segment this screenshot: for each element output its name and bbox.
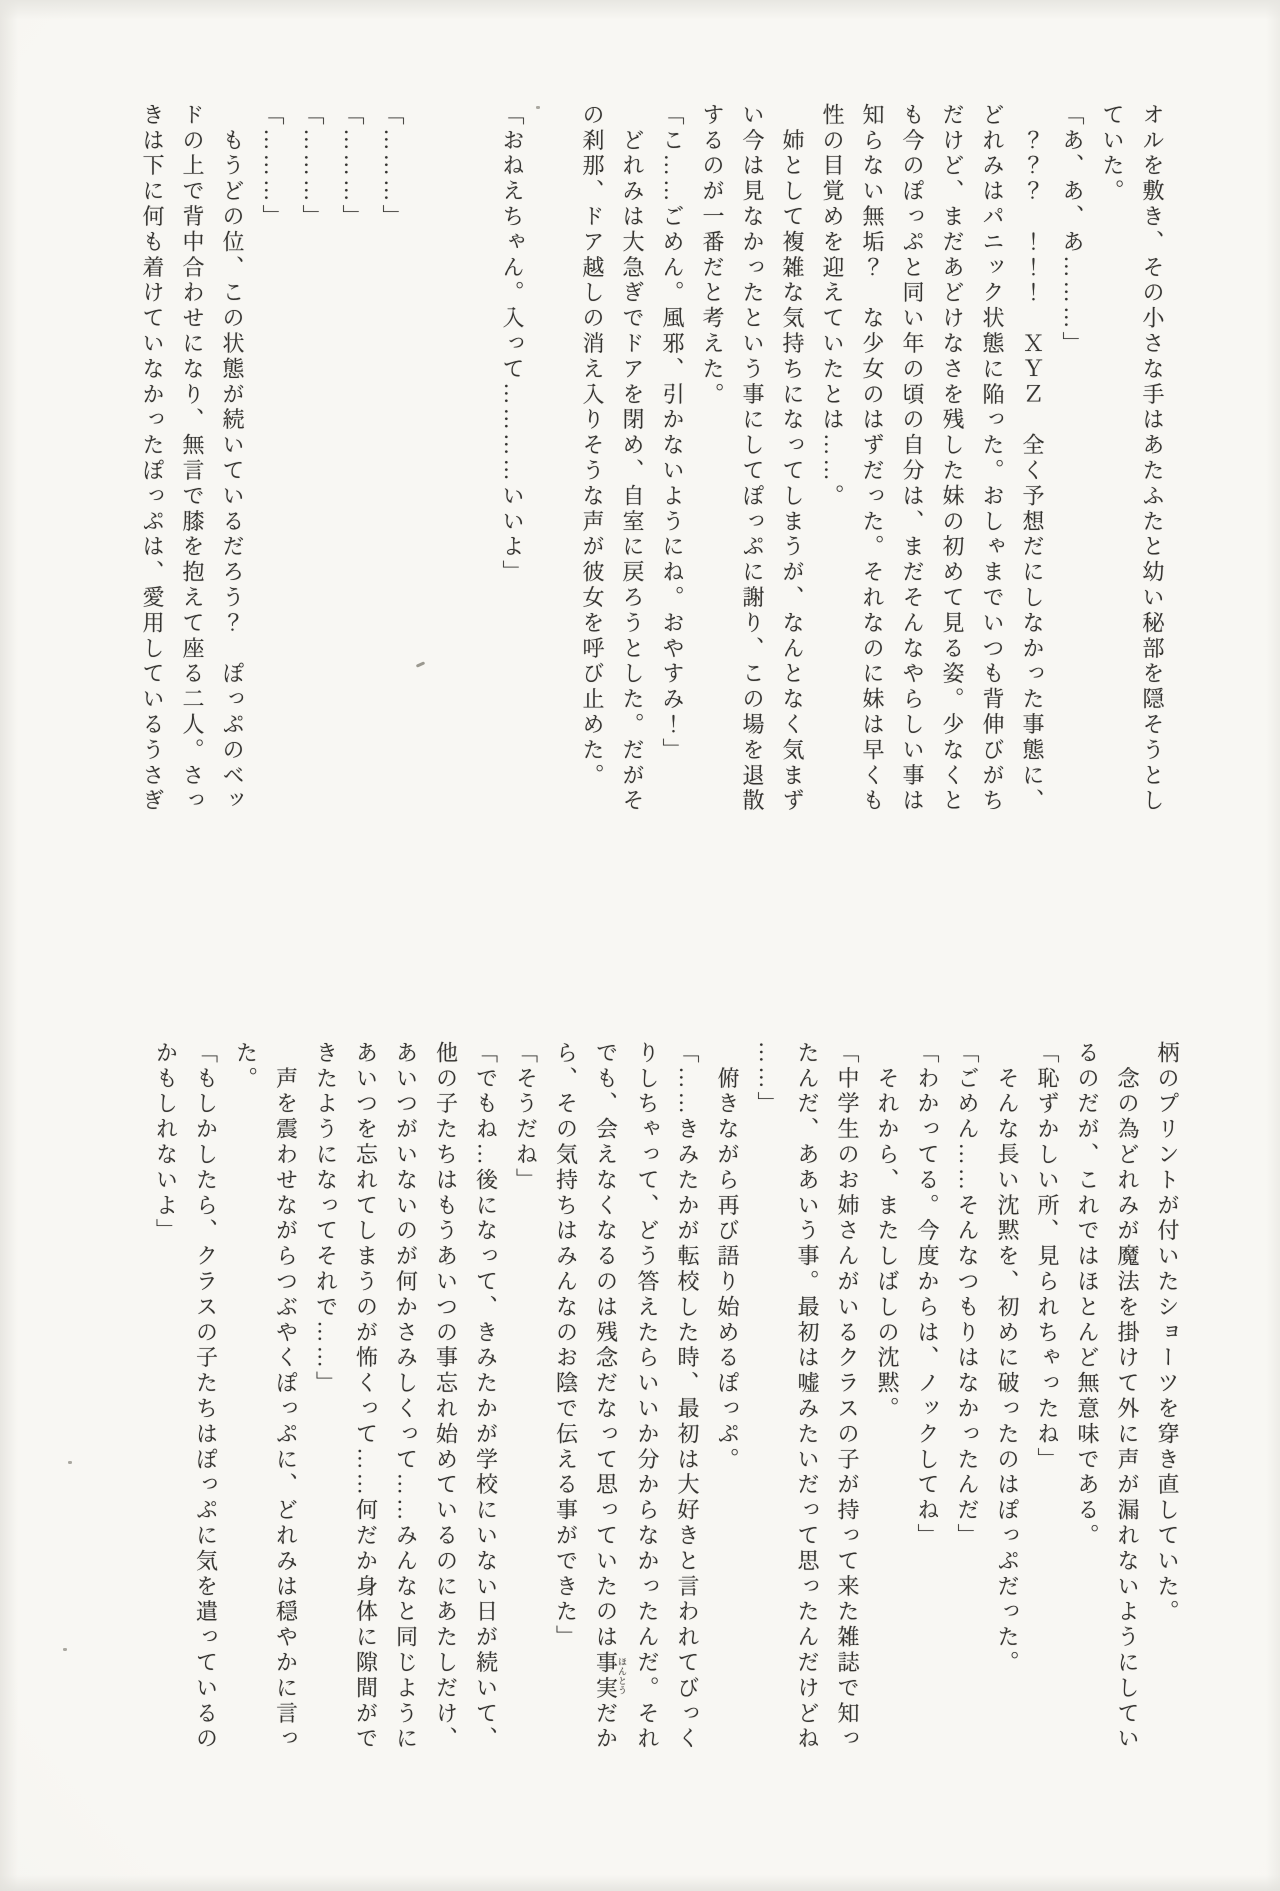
text-column: 「でもね…後になって、きみたかが学校にいない日が続いて、 bbox=[466, 1041, 506, 1759]
text-column: するのが一番だと考えた。 bbox=[692, 103, 732, 821]
text-column: も今のぽっぷと同い年の頃の自分は、まだそんなやらしい事は bbox=[892, 103, 932, 821]
bottom-text-block: 柄のプリントが付いたショーツを穿き直していた。 念の為どれみが魔法を掛けて外に声… bbox=[146, 1041, 1188, 1759]
text-column bbox=[532, 103, 572, 821]
text-column: るのだが、これではほとんど無意味である。 bbox=[1067, 1041, 1107, 1759]
text-column: 「わかってる。今度からは、ノックしてね」 bbox=[907, 1041, 947, 1759]
text-column: 知らない無垢？ な少女のはずだった。それなのに妹は早くも bbox=[852, 103, 892, 821]
text-column: 「そうだね」 bbox=[506, 1041, 546, 1759]
text-column: の刹那、ドア越しの消え入りそうな声が彼女を呼び止めた。 bbox=[572, 103, 612, 821]
text-column: 俯きながら再び語り始めるぽっぷ。 bbox=[707, 1041, 747, 1759]
text-column: あいつがいないのが何かさみしくって……みんなと同じように bbox=[386, 1041, 426, 1759]
scan-speck bbox=[63, 1648, 67, 1651]
text-column: ？？？ ！！！ ＸＹＺ 全く予想だにしなかった事態に、 bbox=[1012, 103, 1052, 821]
text-column: 「………」 bbox=[292, 103, 332, 821]
text-column: そんな長い沈黙を、初めに破ったのはぽっぷだった。 bbox=[987, 1041, 1027, 1759]
text-column: 声を震わせながらつぶやくぽっぷに、どれみは穏やかに言っ bbox=[266, 1041, 306, 1759]
text-column: 「もしかしたら、クラスの子たちはぽっぷに気を遣っているの bbox=[186, 1041, 226, 1759]
text-column: 「おねえちゃん。入って…………いいよ」 bbox=[492, 103, 532, 821]
text-column: 念の為どれみが魔法を掛けて外に声が漏れないようにしてい bbox=[1107, 1041, 1147, 1759]
scan-speck bbox=[68, 1461, 72, 1464]
text-column: どれみはパニック状態に陥った。おしゃまでいつも背伸びがち bbox=[972, 103, 1012, 821]
text-column: 「中学生のお姉さんがいるクラスの子が持って来た雑誌で知っ bbox=[827, 1041, 867, 1759]
text-column: きは下に何も着けていなかったぽっぷは、愛用しているうさぎ bbox=[132, 103, 172, 821]
text-column: 性の目覚めを迎えていたとは……。 bbox=[812, 103, 852, 821]
text-column: い今は見なかったという事にしてぽっぷに謝り、この場を退散 bbox=[732, 103, 772, 821]
text-column: きたようになってそれで……」 bbox=[306, 1041, 346, 1759]
text-column: 他の子たちはもうあいつの事忘れ始めているのにあたしだけ、 bbox=[426, 1041, 466, 1759]
text-column: 「………」 bbox=[252, 103, 292, 821]
text-column: もうどの位、この状態が続いているだろう？ ぽっぷのベッ bbox=[212, 103, 252, 821]
text-column: ドの上で背中合わせになり、無言で膝を抱えて座る二人。さっ bbox=[172, 103, 212, 821]
top-text-block: オルを敷き、その小さな手はあたふたと幼い秘部を隠そうとしていた。「あ、あ、あ……… bbox=[132, 103, 1172, 821]
text-column: どれみは大急ぎでドアを閉め、自室に戻ろうとした。だがそ bbox=[612, 103, 652, 821]
text-column: 「……きみたかが転校した時、最初は大好きと言われてびっく bbox=[667, 1041, 707, 1759]
text-column: ていた。 bbox=[1092, 103, 1132, 821]
text-column: 「こ……ごめん。風邪、引かないようにね。おやすみ！」 bbox=[652, 103, 692, 821]
text-column: それから、またしばしの沈黙。 bbox=[867, 1041, 907, 1759]
scan-speck bbox=[536, 106, 540, 109]
text-column: りしちゃって、どう答えたらいいか分からなかったんだ。それ bbox=[627, 1041, 667, 1759]
text-column: かもしれないよ」 bbox=[146, 1041, 186, 1759]
scan-page: オルを敷き、その小さな手はあたふたと幼い秘部を隠そうとしていた。「あ、あ、あ……… bbox=[0, 0, 1280, 1891]
text-column: でも、会えなくなるのは残念だなって思っていたのは事実ほんとうだか bbox=[586, 1041, 628, 1759]
text-column: たんだ、ああいう事。最初は嘘みたいだって思ったんだけどね bbox=[787, 1041, 827, 1759]
text-column: 「ごめん……そんなつもりはなかったんだ」 bbox=[947, 1041, 987, 1759]
text-column: ……」 bbox=[747, 1041, 787, 1759]
text-column: だけど、まだあどけなさを残した妹の初めて見る姿。少なくと bbox=[932, 103, 972, 821]
text-column: 「あ、あ、あ………」 bbox=[1052, 103, 1092, 821]
text-column: 柄のプリントが付いたショーツを穿き直していた。 bbox=[1147, 1041, 1187, 1759]
text-column: た。 bbox=[226, 1041, 266, 1759]
text-column: あいつを忘れてしまうのが怖くって……何だか身体に隙間がで bbox=[346, 1041, 386, 1759]
text-column: ら、その気持ちはみんなのお陰で伝える事ができた」 bbox=[546, 1041, 586, 1759]
text-column: 姉として複雑な気持ちになってしまうが、なんとなく気まず bbox=[772, 103, 812, 821]
text-column bbox=[412, 103, 452, 821]
text-column: オルを敷き、その小さな手はあたふたと幼い秘部を隠そうとし bbox=[1132, 103, 1172, 821]
text-column bbox=[452, 103, 492, 821]
text-column: 「………」 bbox=[372, 103, 412, 821]
text-column: 「………」 bbox=[332, 103, 372, 821]
text-column: 「恥ずかしい所、見られちゃったね」 bbox=[1027, 1041, 1067, 1759]
